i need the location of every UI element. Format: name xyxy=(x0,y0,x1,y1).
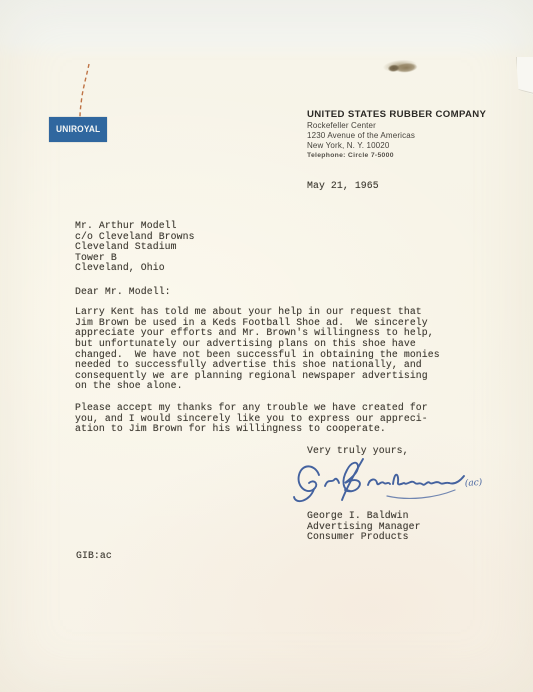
letter-date: May 21, 1965 xyxy=(307,181,379,192)
uniroyal-logo-text: UNIROYAL xyxy=(56,124,100,135)
body-line: Please accept my thanks for any trouble … xyxy=(75,403,428,414)
body-line: but unfortunately our advertising plans … xyxy=(75,339,416,350)
scanned-letter: UNIROYAL UNITED STATES RUBBER COMPANY Ro… xyxy=(0,0,533,692)
signature-suffix: (ac) xyxy=(464,477,483,489)
body-line: Larry Kent has told me about your help i… xyxy=(75,307,422,318)
body-line: needed to successfully advertise this sh… xyxy=(75,360,422,371)
recipient-line: Mr. Arthur Modell xyxy=(75,221,177,232)
signer-name: George I. Baldwin xyxy=(307,511,409,522)
signer-dept: Consumer Products xyxy=(307,532,409,543)
signature: (ac) xyxy=(283,456,483,514)
torn-corner xyxy=(516,57,533,95)
letterhead-address-line2: 1230 Avenue of the Americas xyxy=(307,131,415,140)
reference-initials: GIB:ac xyxy=(76,551,112,562)
recipient-line: Cleveland Stadium xyxy=(75,242,177,253)
signature-scrawl xyxy=(294,459,464,501)
body-line: ation to Jim Brown for his willingness t… xyxy=(75,424,386,435)
salutation: Dear Mr. Modell: xyxy=(75,287,171,298)
letterhead-address-line3: New York, N. Y. 10020 xyxy=(307,141,389,150)
valediction: Very truly yours, xyxy=(307,446,409,457)
recipient-line: Cleveland, Ohio xyxy=(75,263,165,274)
uniroyal-logo: UNIROYAL xyxy=(49,117,107,142)
tape-stain xyxy=(380,56,424,77)
letterhead-address-line1: Rockefeller Center xyxy=(307,121,376,130)
letterhead-telephone: Telephone: Circle 7-5000 xyxy=(307,152,394,159)
company-name: UNITED STATES RUBBER COMPANY xyxy=(307,109,486,120)
body-line: appreciate your efforts and Mr. Brown's … xyxy=(75,328,434,339)
body-line: on the shoe alone. xyxy=(75,381,183,392)
